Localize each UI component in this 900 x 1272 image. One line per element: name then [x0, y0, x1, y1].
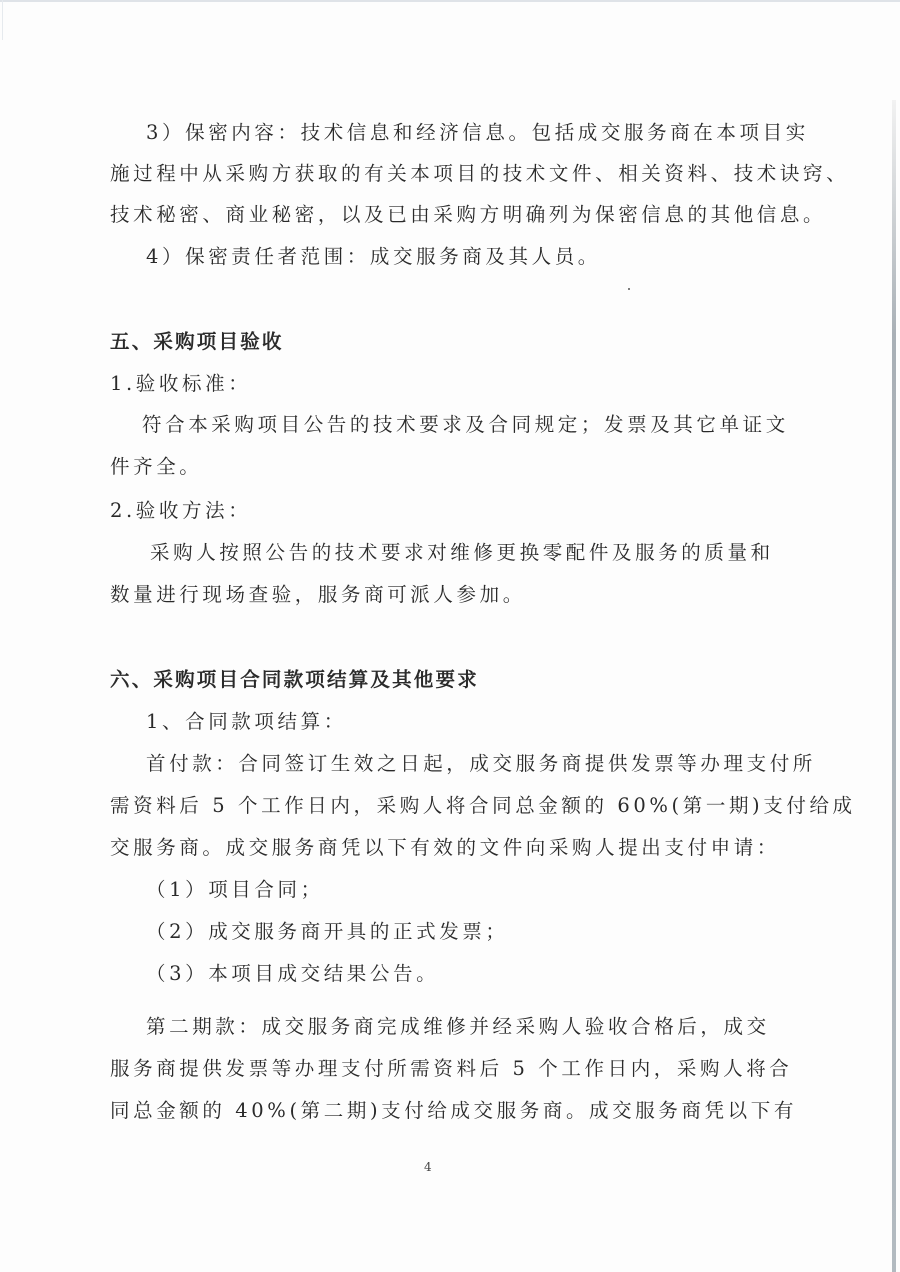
- subheading-contract-settlement: 1、合同款项结算：: [146, 710, 347, 734]
- scan-top-edge: [0, 0, 900, 2]
- para-first-payment-cont: 需资料后 5 个工作日内，采购人将合同总金额的 60%(第一期)支付给成: [110, 794, 856, 818]
- para-second-payment-cont: 同总金额的 40%(第二期)支付给成交服务商。成交服务商凭以下有: [110, 1099, 797, 1123]
- para-confidential-scope: 4）保密责任者范围：成交服务商及其人员。: [146, 245, 601, 269]
- para-acceptance-method: 采购人按照公告的技术要求对维修更换零配件及服务的质量和: [150, 541, 774, 565]
- para-second-payment: 第二期款：成交服务商完成维修并经采购人验收合格后，成交: [146, 1015, 770, 1039]
- subheading-acceptance-method: 2.验收方法：: [110, 499, 251, 523]
- scan-speck: [628, 288, 630, 290]
- list-item-contract: （1）项目合同；: [146, 878, 324, 902]
- para-acceptance-standard-cont: 件齐全。: [110, 455, 202, 479]
- page-number: 4: [424, 1160, 432, 1174]
- para-confidential-content-cont: 技术秘密、商业秘密，以及已由采购方明确列为保密信息的其他信息。: [110, 203, 826, 227]
- scan-right-edge: [892, 100, 896, 1272]
- list-item-result-notice: （3）本项目成交结果公告。: [146, 962, 439, 986]
- para-confidential-content: 3）保密内容：技术信息和经济信息。包括成交服务商在本项目实: [146, 121, 809, 145]
- para-first-payment-cont: 交服务商。成交服务商凭以下有效的文件向采购人提出支付申请：: [110, 836, 780, 860]
- section-heading-settlement: 六、采购项目合同款项结算及其他要求: [110, 668, 479, 692]
- scan-left-edge: [2, 0, 3, 40]
- subheading-acceptance-standard: 1.验收标准：: [110, 372, 251, 396]
- para-second-payment-cont: 服务商提供发票等办理支付所需资料后 5 个工作日内，采购人将合: [110, 1057, 792, 1081]
- para-acceptance-method-cont: 数量进行现场查验，服务商可派人参加。: [110, 583, 526, 607]
- para-confidential-content-cont: 施过程中从采购方获取的有关本项目的技术文件、相关资料、技术诀窍、: [110, 162, 849, 186]
- list-item-invoice: （2）成交服务商开具的正式发票；: [146, 920, 509, 944]
- para-first-payment: 首付款：合同签订生效之日起，成交服务商提供发票等办理支付所: [146, 752, 816, 776]
- section-heading-acceptance: 五、采购项目验收: [110, 330, 284, 354]
- para-acceptance-standard: 符合本采购项目公告的技术要求及合同规定；发票及其它单证文: [142, 413, 789, 437]
